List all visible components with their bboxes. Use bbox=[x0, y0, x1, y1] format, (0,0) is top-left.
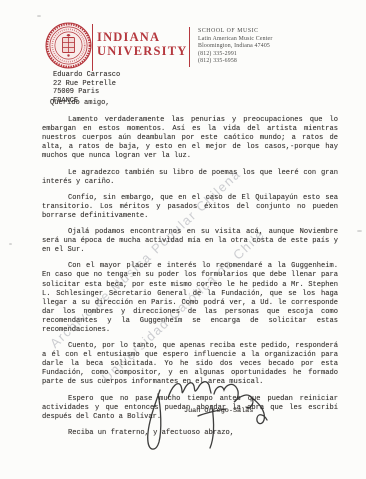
school-name: SCHOOL OF MUSIC bbox=[198, 28, 348, 36]
letterhead-divider-right bbox=[189, 27, 190, 67]
paragraph: Lamento verdaderamente las penurias y pr… bbox=[42, 116, 338, 161]
scan-artifact bbox=[37, 15, 41, 17]
scanned-letter-page: INDIANA UNIVERSITY SCHOOL OF MUSIC Latin… bbox=[0, 0, 366, 479]
letterhead-department-block: SCHOOL OF MUSIC Latin American Music Cen… bbox=[198, 28, 348, 66]
paragraph: Confío, sin embargo, que en el caso de E… bbox=[42, 194, 338, 221]
scan-artifact bbox=[9, 243, 12, 245]
indiana-university-seal-icon bbox=[45, 22, 92, 69]
salutation: Querido amigo, bbox=[50, 99, 338, 108]
recipient-city: 75009 Paris bbox=[53, 88, 120, 97]
recipient-street: 22 Rue Petrelle bbox=[53, 80, 120, 89]
letterhead-city: Bloomington, Indiana 47405 bbox=[198, 43, 348, 51]
scan-artifact bbox=[357, 230, 362, 232]
signature-name: Juan Orrego-Salas bbox=[184, 407, 253, 415]
letterhead-phone-2: (812) 335-6958 bbox=[198, 58, 348, 66]
paragraph: Le agradezco también su libro de poemas … bbox=[42, 169, 338, 187]
paragraph: Con el mayor placer e interés lo recomen… bbox=[42, 262, 338, 335]
center-name: Latin American Music Center bbox=[198, 36, 348, 44]
letterhead-university-title: INDIANA UNIVERSITY bbox=[97, 30, 189, 58]
handwritten-signature bbox=[128, 376, 288, 472]
recipient-name: Eduardo Carrasco bbox=[53, 71, 120, 80]
letterhead-divider-left bbox=[92, 24, 93, 71]
paragraph: Ojalá podamos encontrarnos en su visita … bbox=[42, 228, 338, 255]
